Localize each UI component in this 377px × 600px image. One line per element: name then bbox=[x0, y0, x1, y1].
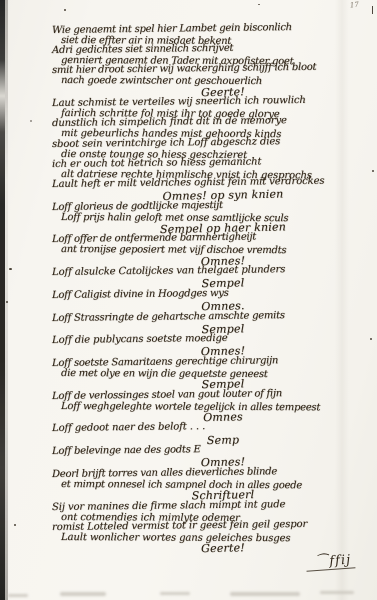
manuscript-line: Deorl brijft torres van alles dieverlich… bbox=[52, 466, 364, 480]
bleedthrough-smudge bbox=[60, 592, 106, 596]
paper-speck bbox=[64, 9, 66, 11]
paper-speck bbox=[6, 301, 8, 303]
verse-block: Loff de verlossinges stoel van gout lout… bbox=[52, 392, 364, 412]
manuscript-line: Laut schmist te verteiles wij sneerlich … bbox=[52, 95, 364, 109]
manuscript-line: Loff de verlossinges stoel van gout lout… bbox=[52, 388, 364, 402]
bleedthrough-smudge bbox=[8, 594, 28, 597]
edge-tick bbox=[372, 170, 374, 172]
bleedthrough-smudge bbox=[320, 591, 354, 594]
manuscript-line: romist Lotteled vermist tot ir geest fei… bbox=[52, 519, 364, 533]
paper-speck bbox=[258, 4, 260, 5]
verse-block: Loff glorieus de godtlijcke majestijtLof… bbox=[52, 203, 364, 223]
manuscript-line: Sij vor manines die firme slach mimpt in… bbox=[52, 499, 364, 513]
paper-speck bbox=[14, 524, 16, 526]
verse-block: Loff soetste Samaritaens gerechtige chir… bbox=[52, 359, 364, 379]
manuscript-line: sboot sein verintchirge ich Loff abgesch… bbox=[52, 136, 364, 150]
manuscript-page: 17 Wie genaemt int spel hier Lambet gein… bbox=[0, 0, 377, 600]
manuscript-line: Adri gedichtes siet sinnelich schrijvet bbox=[52, 42, 364, 56]
verse-block: Wie genaemt int spel hier Lambet gein bi… bbox=[52, 26, 364, 87]
paper-speck bbox=[30, 120, 32, 122]
verse-block: Loff offer de ontfermende barmhertigheij… bbox=[52, 235, 364, 255]
edge-tick bbox=[372, 6, 373, 14]
bleedthrough-smudge bbox=[160, 592, 190, 595]
scan-edge-left bbox=[0, 0, 5, 600]
verse-block: Deorl brijft torres van alles dieverlich… bbox=[52, 470, 364, 490]
manuscript-line: Wie genaemt int spel hier Lambet gein bi… bbox=[52, 22, 364, 36]
paper-speck bbox=[9, 268, 12, 270]
verse-block: Laut schmist te verteiles wij sneerlich … bbox=[52, 99, 364, 190]
edge-tick bbox=[370, 338, 372, 340]
manuscript-line: Loff gedoot naer des beloft . . . bbox=[52, 421, 364, 435]
bleedthrough-smudge bbox=[230, 592, 300, 596]
manuscript-line: Loff soetste Samaritaens gerechtige chir… bbox=[52, 355, 364, 369]
manuscript-line: Loff glorieus de godtlijcke majestijt bbox=[52, 199, 364, 213]
manuscript-line: Loff Strassringte de gehartsche amschte … bbox=[52, 310, 364, 324]
manuscript-text: Wie genaemt int spel hier Lambet gein bi… bbox=[52, 26, 364, 556]
manuscript-line: ich er ouch tot hetrich so hiess gemanic… bbox=[52, 156, 364, 170]
folio-mark: 17 bbox=[350, 2, 360, 10]
verse-block: Sij vor manines die firme slach mimpt in… bbox=[52, 503, 364, 543]
